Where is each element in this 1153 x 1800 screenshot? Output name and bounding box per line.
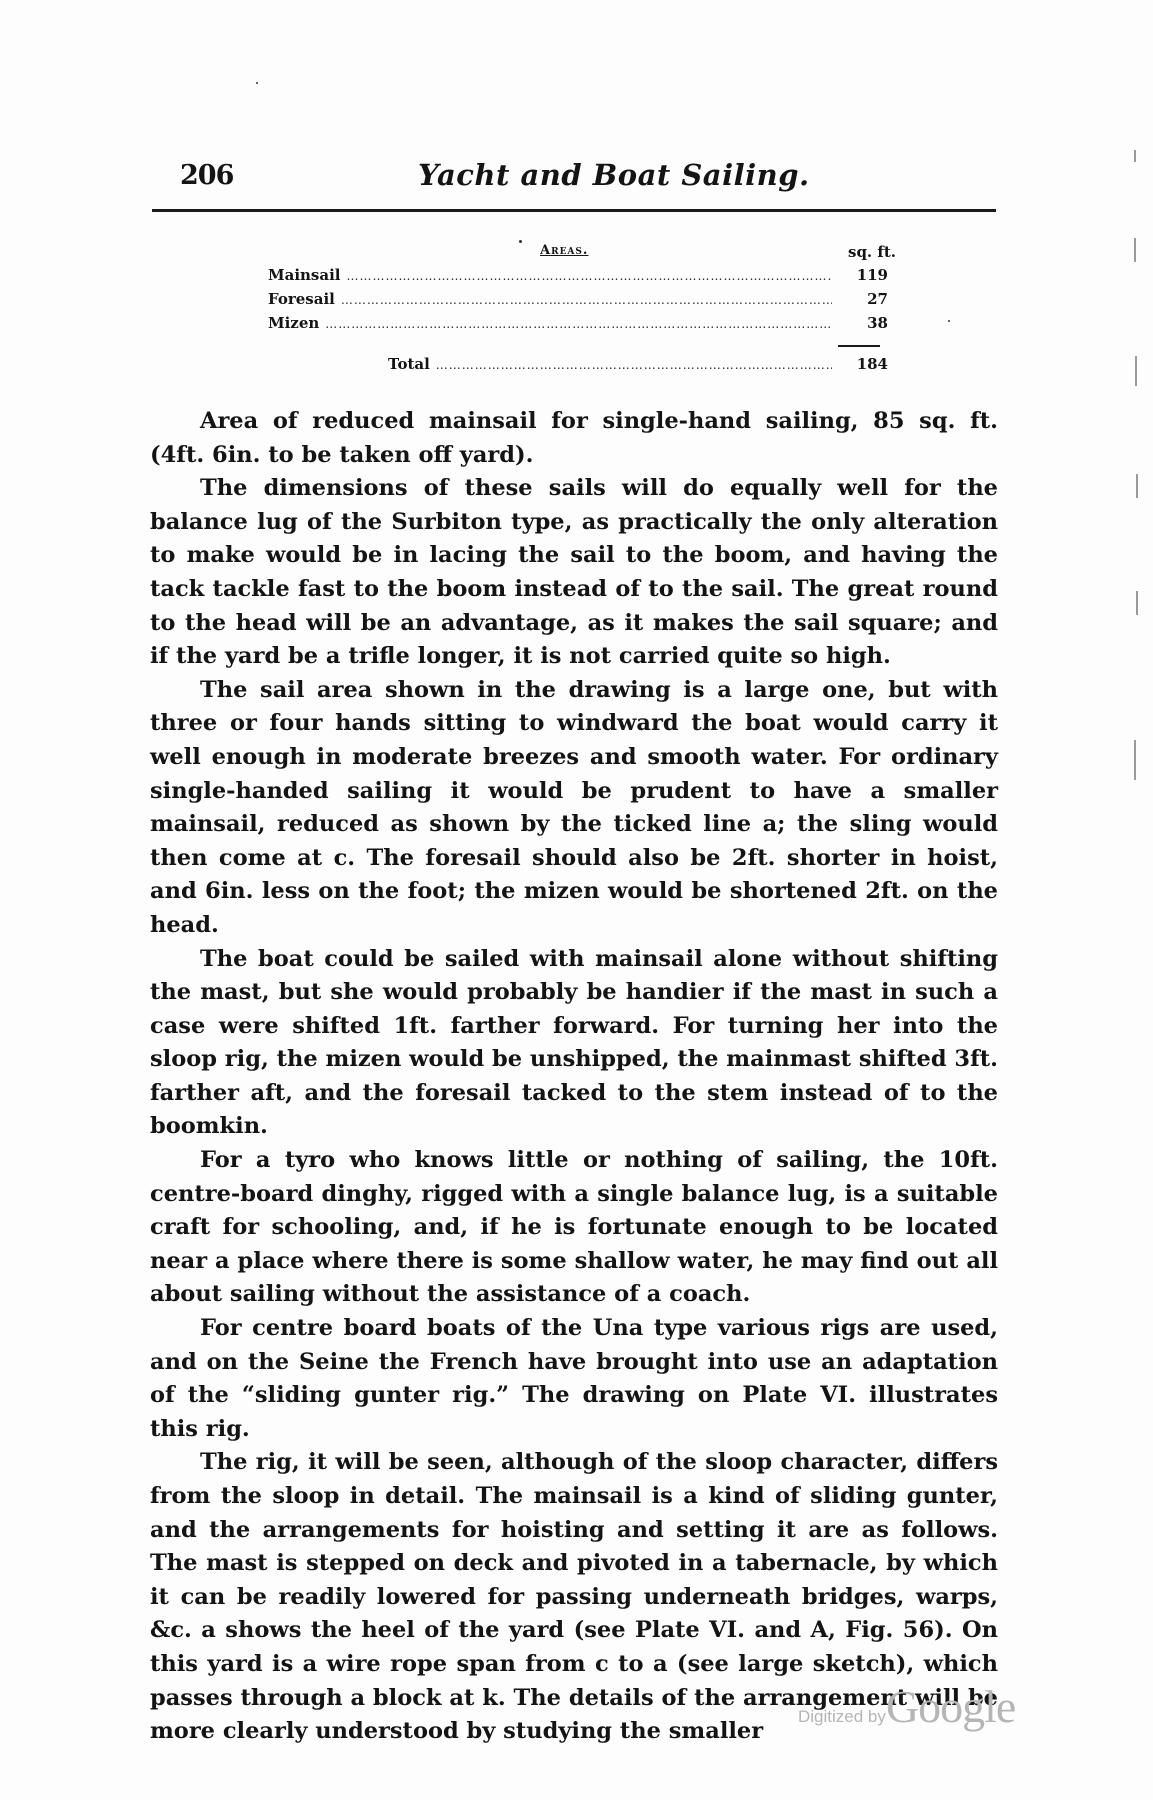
paragraph: The sail area shown in the drawing is a … (150, 674, 998, 943)
area-label: Foresail (268, 290, 335, 308)
area-row-mizen: Mizen 38 (268, 314, 888, 334)
area-value: 119 (838, 266, 888, 284)
area-value: 27 (838, 290, 888, 308)
total-value: 184 (838, 355, 888, 373)
area-row-foresail: Foresail 27 (268, 290, 888, 310)
area-value: 38 (838, 314, 888, 332)
area-row-mainsail: Mainsail 119 (268, 266, 888, 286)
paragraph: For centre board boats of the Una type v… (150, 1312, 998, 1446)
digitized-by-google-watermark: Digitized byGoogle (798, 1680, 1015, 1733)
scan-speck (519, 240, 522, 243)
dot-leader (325, 317, 832, 331)
scan-margin-mark (1136, 474, 1138, 498)
sum-rule (838, 345, 880, 347)
dot-leader (436, 358, 832, 372)
page-number: 206 (180, 160, 233, 191)
paragraph: The boat could be sailed with mainsail a… (150, 943, 998, 1145)
area-label: Mizen (268, 314, 319, 332)
body-text: Area of reduced mainsail for single-hand… (150, 405, 998, 1749)
area-row-total: Total 184 (388, 355, 888, 375)
scan-speck (256, 82, 258, 84)
scan-margin-mark (1134, 238, 1136, 262)
scan-speck (948, 320, 950, 322)
dot-leader (347, 269, 833, 283)
paragraph: The dimensions of these sails will do eq… (150, 472, 998, 674)
google-logo-text: Google (886, 1681, 1015, 1732)
scan-margin-mark (1134, 150, 1136, 162)
watermark-prefix: Digitized by (798, 1707, 886, 1726)
areas-heading: Areas. (540, 243, 588, 258)
scan-margin-mark (1134, 740, 1136, 780)
header-rule (152, 209, 996, 212)
scan-margin-mark (1136, 591, 1138, 615)
total-label: Total (388, 355, 430, 373)
paragraph: Area of reduced mainsail for single-hand… (150, 405, 998, 472)
scan-margin-mark (1135, 356, 1137, 386)
dot-leader (341, 293, 832, 307)
paragraph: For a tyro who knows little or nothing o… (150, 1144, 998, 1312)
units-heading: sq. ft. (848, 243, 896, 261)
area-label: Mainsail (268, 266, 341, 284)
running-title: Yacht and Boat Sailing. (418, 158, 810, 192)
